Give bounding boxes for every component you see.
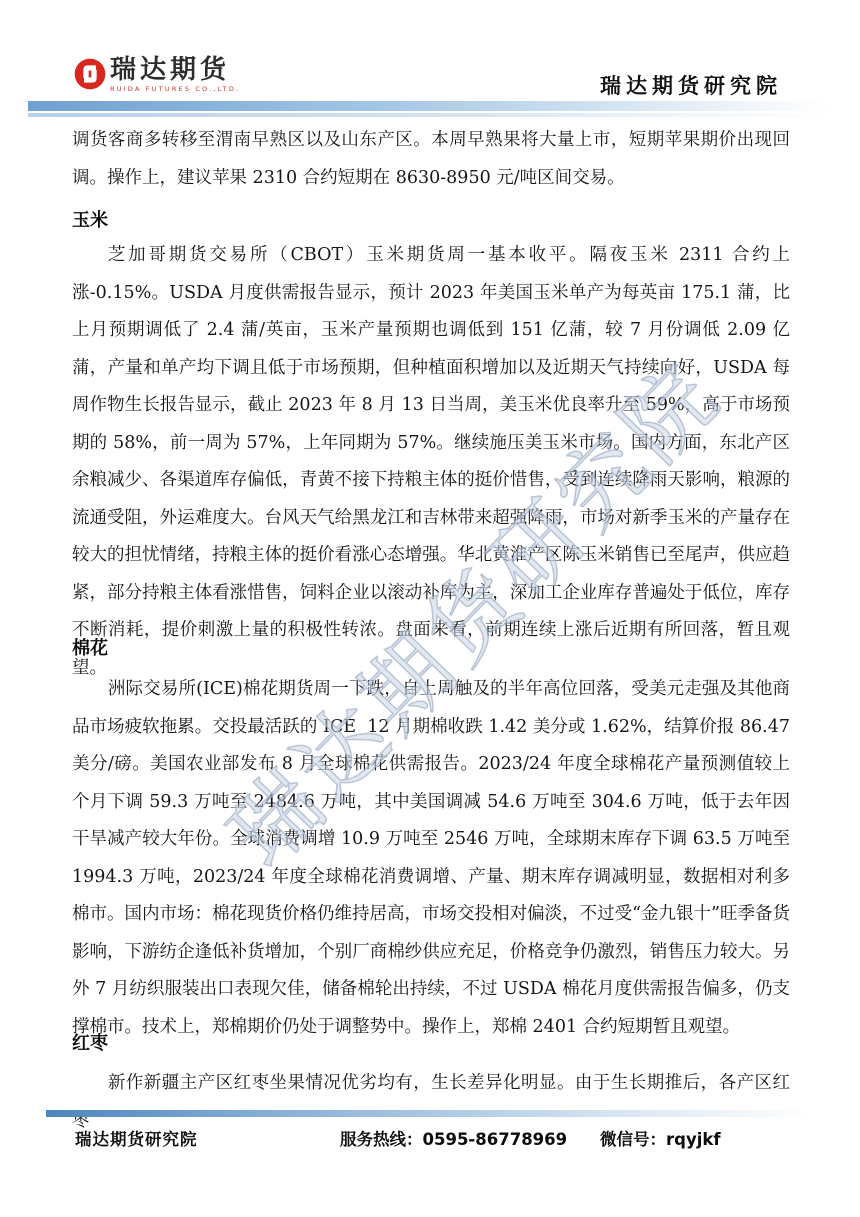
company-logo: 瑞达期货 RUIDA FUTURES CO.,LTD. [74, 56, 240, 93]
header-divider-bar [28, 101, 832, 111]
section-heading-cotton: 棉花 [72, 636, 790, 662]
section-heading-corn: 玉米 [72, 208, 790, 234]
paragraph-cotton: 洲际交易所(ICE)棉花期货周一下跌，自上周触及的半年高位回落，受美元走强及其他… [72, 671, 790, 1046]
paragraph-corn: 芝加哥期货交易所（CBOT）玉米期货周一基本收平。隔夜玉米 2311 合约上涨-… [72, 237, 790, 687]
paragraph-apple-continuation: 调货客商多转移至渭南早熟区以及山东产区。本周早熟果将大量上市，短期苹果期价出现回… [72, 122, 790, 197]
ruida-logo-icon [74, 58, 106, 90]
logo-company-name: 瑞达期货 [110, 56, 240, 84]
footer-hotline: 服务热线：0595-86778969 [340, 1126, 567, 1150]
page-title: 瑞达期货研究院 [400, 70, 782, 100]
footer-divider-bar [46, 1110, 814, 1117]
footer-institute: 瑞达期货研究院 [75, 1126, 198, 1150]
footer-wechat: 微信号：rqyjkf [600, 1126, 721, 1150]
header-divider-underline [28, 113, 832, 117]
section-heading-jujube: 红枣 [72, 1031, 790, 1057]
document-page: 瑞达期货 RUIDA FUTURES CO.,LTD. 瑞达期货研究院 调货客商… [0, 0, 860, 1217]
logo-text: 瑞达期货 RUIDA FUTURES CO.,LTD. [110, 56, 240, 93]
logo-company-name-en: RUIDA FUTURES CO.,LTD. [110, 85, 240, 93]
